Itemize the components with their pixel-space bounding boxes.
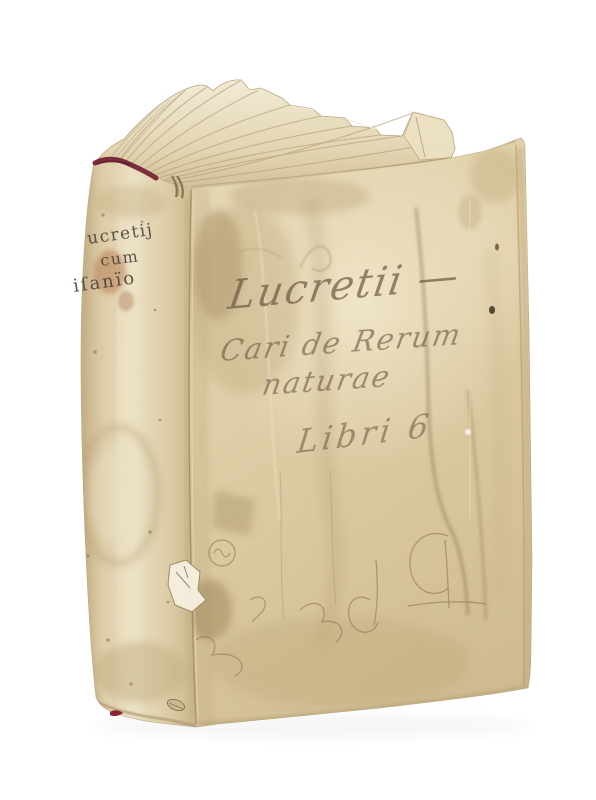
spine-ring-stain-center (90, 445, 146, 545)
speck (93, 350, 97, 354)
speck (106, 638, 110, 642)
wormhole (489, 306, 495, 314)
speck (148, 530, 151, 533)
speck (159, 419, 162, 422)
photo-stage: ucretij cum iſanïo Lucretii — Cari de Re… (0, 0, 596, 800)
wormhole-small (495, 244, 499, 251)
spine-head-stain (95, 186, 165, 218)
stain-top-right-corner (470, 147, 520, 203)
spine-foot-stain (95, 642, 185, 702)
speck (101, 213, 104, 216)
spine-red-stain-small (118, 291, 134, 311)
white-fleck (465, 429, 471, 435)
speck (154, 309, 157, 312)
stain-bottom-smudge (210, 617, 470, 707)
speck (87, 555, 90, 558)
book-photograph: ucretij cum iſanïo Lucretii — Cari de Re… (0, 0, 596, 800)
stain-top-band (230, 178, 370, 214)
speck (129, 682, 132, 685)
crease-light-2 (469, 200, 470, 520)
speck (167, 601, 170, 604)
